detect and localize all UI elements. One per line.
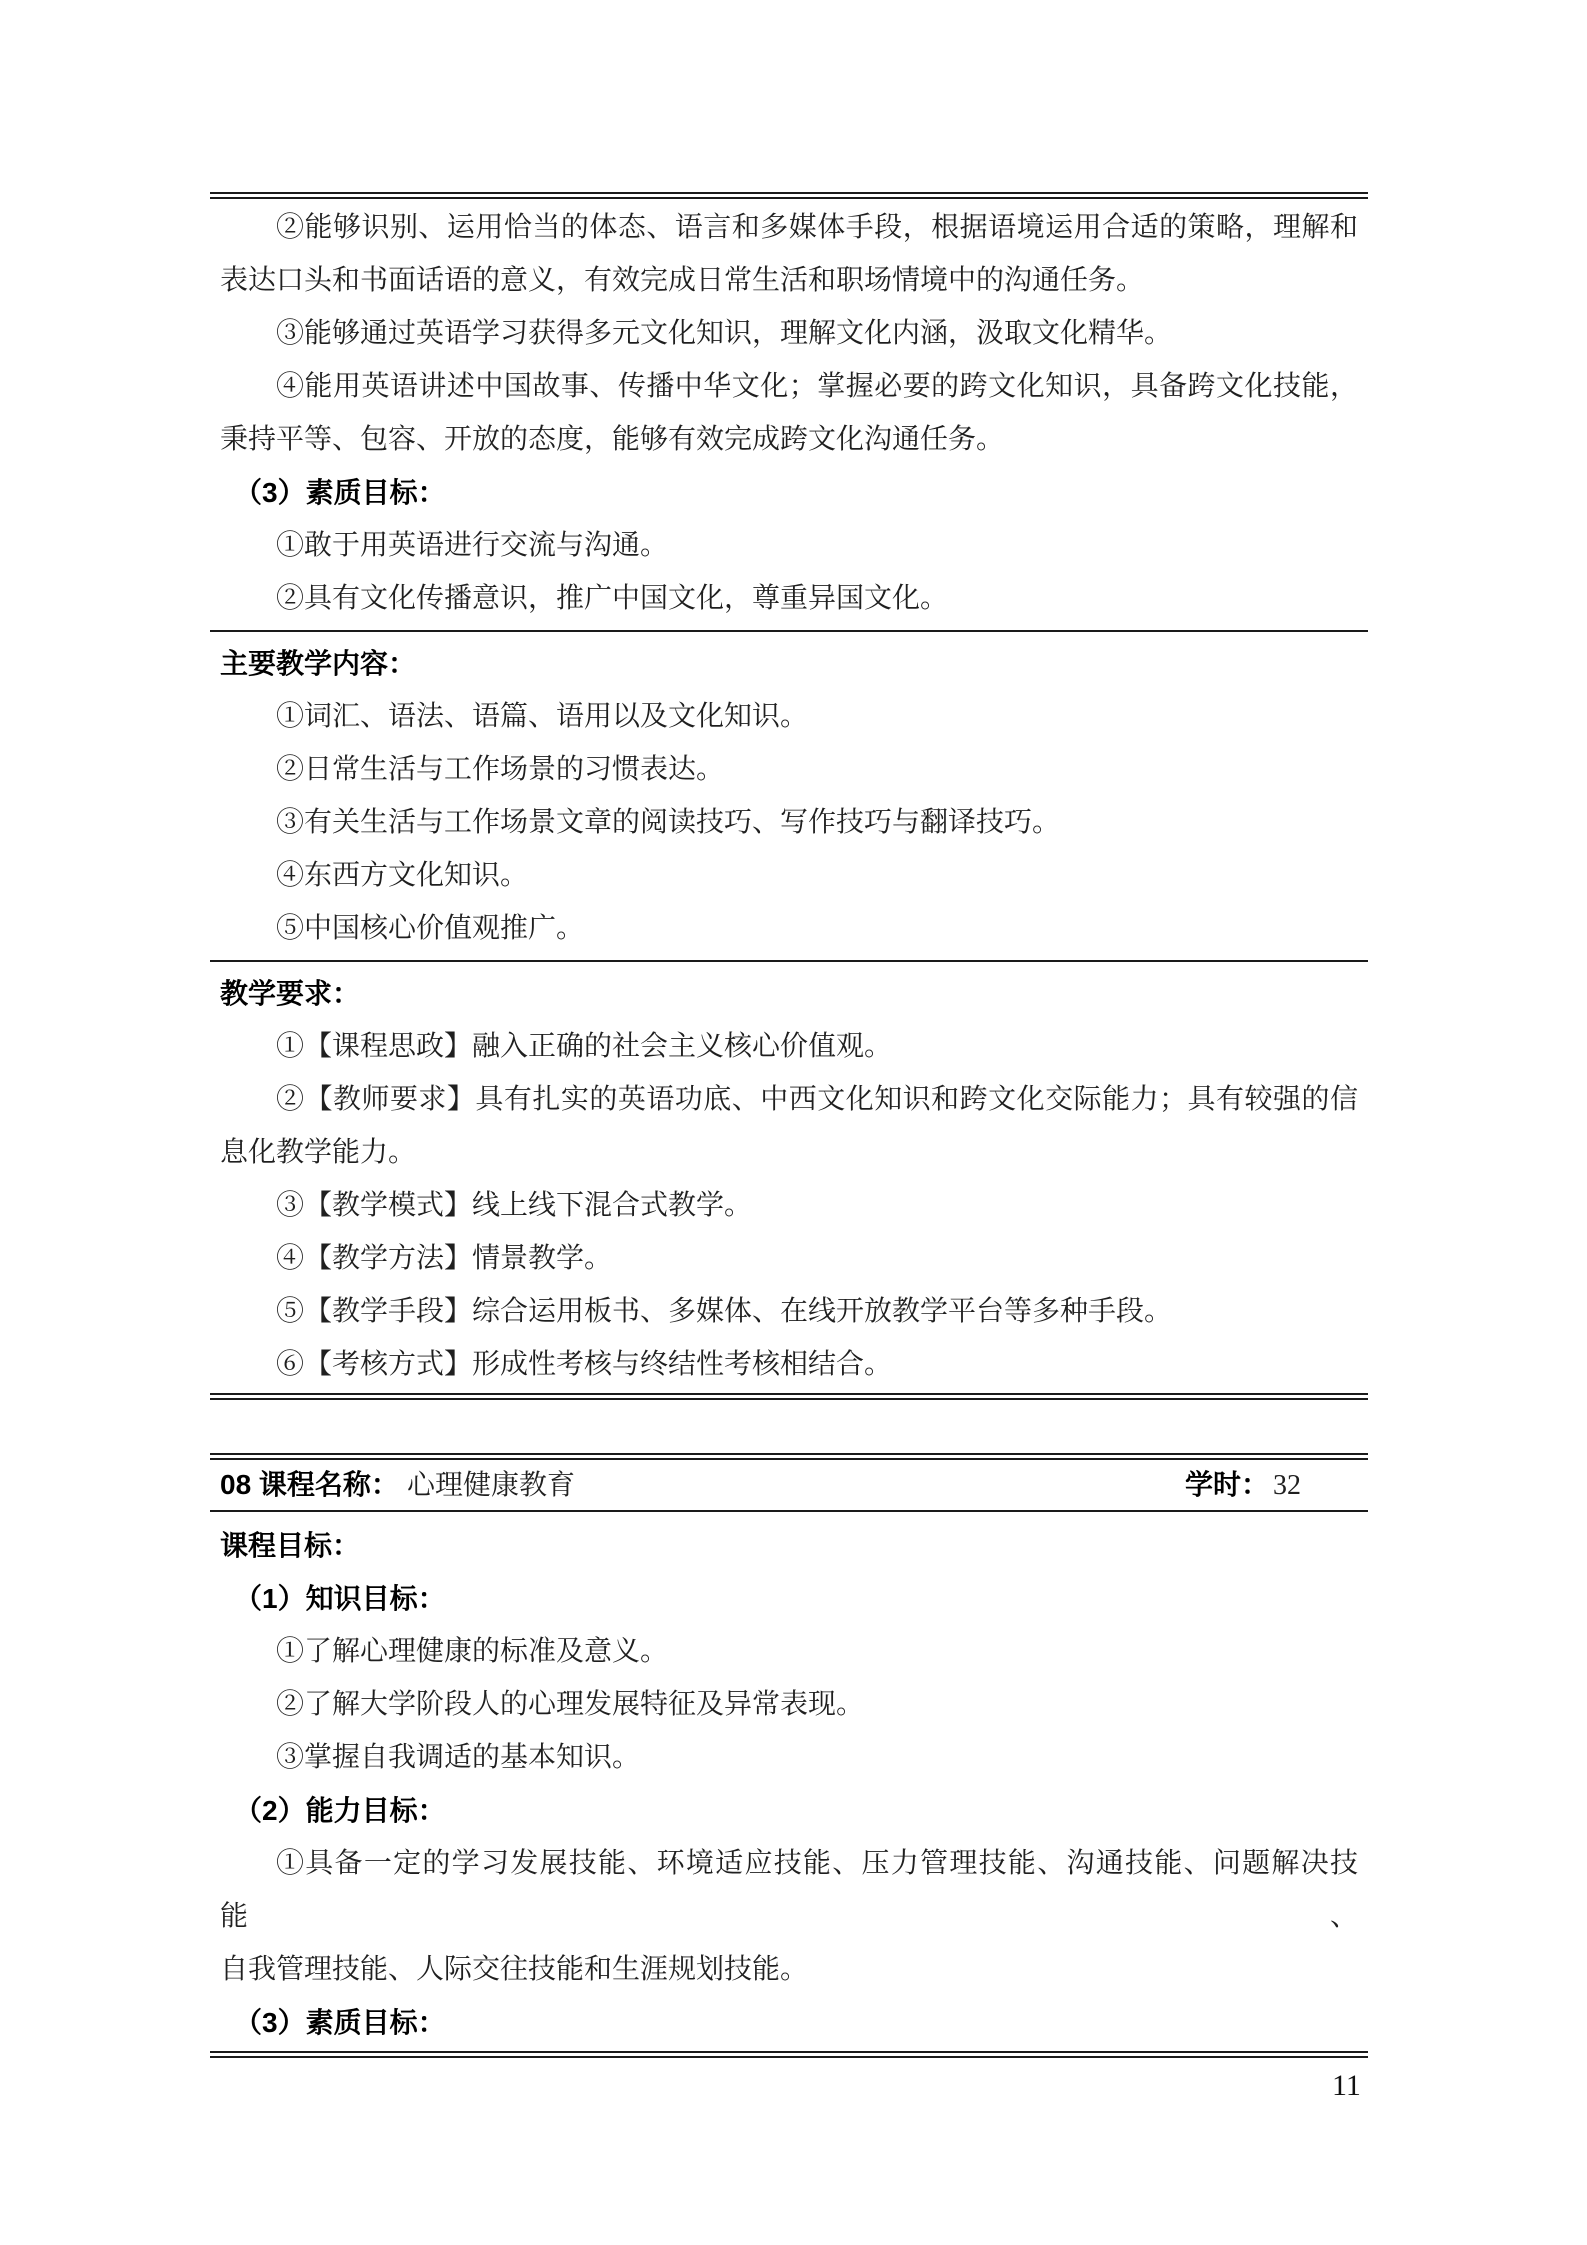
document-page: ②能够识别、运用恰当的体态、语言和多媒体手段，根据语境运用合适的策略，理解和表达… <box>0 0 1587 2245</box>
paragraph-line: ③能够通过英语学习获得多元文化知识，理解文化内涵，汲取文化精华。 <box>220 307 1358 360</box>
section-title: 教学要求： <box>220 967 1358 1020</box>
course-08-section-table: 08 课程名称：心理健康教育 学时：32 课程目标：（1）知识目标：①了解心理健… <box>210 1453 1368 2058</box>
paragraph-line: ①【课程思政】融入正确的社会主义核心价值观。 <box>220 1020 1358 1073</box>
subsection-title: （1）知识目标： <box>220 1572 1358 1625</box>
table-top-border <box>210 1453 1368 1460</box>
subsection-title: （3）素质目标： <box>220 466 1358 519</box>
hours-value: 32 <box>1273 1470 1301 1501</box>
paragraph-line: 息化教学能力。 <box>220 1126 1358 1179</box>
paragraph-line: ④东西方文化知识。 <box>220 849 1358 902</box>
section-title: 课程目标： <box>220 1519 1358 1572</box>
course-hours: 学时：32 <box>1185 1460 1301 1511</box>
course-08-content: 课程目标：（1）知识目标：①了解心理健康的标准及意义。②了解大学阶段人的心理发展… <box>210 1517 1368 2051</box>
row-divider <box>210 630 1368 632</box>
paragraph-line: ①具备一定的学习发展技能、环境适应技能、压力管理技能、沟通技能、问题解决技能、 <box>220 1837 1358 1943</box>
paragraph-line: 表达口头和书面话语的意义，有效完成日常生活和职场情境中的沟通任务。 <box>220 254 1358 307</box>
course-number-label: 08 课程名称： <box>220 1469 399 1500</box>
hours-label: 学时： <box>1185 1469 1269 1500</box>
table-top-border <box>210 192 1368 199</box>
paragraph-line: ①词汇、语法、语篇、语用以及文化知识。 <box>220 690 1358 743</box>
paragraph-line: ②日常生活与工作场景的习惯表达。 <box>220 743 1358 796</box>
section-title: 主要教学内容： <box>220 637 1358 690</box>
paragraph-line: ⑤中国核心价值观推广。 <box>220 902 1358 955</box>
paragraph-line: ①敢于用英语进行交流与沟通。 <box>220 519 1358 572</box>
paragraph-line: ④【教学方法】情景教学。 <box>220 1232 1358 1285</box>
paragraph-line: ⑥【考核方式】形成性考核与终结性考核相结合。 <box>220 1338 1358 1391</box>
course-name: 心理健康教育 <box>407 1470 575 1501</box>
table-bottom-border <box>210 2051 1368 2058</box>
paragraph-line: ③【教学模式】线上线下混合式教学。 <box>220 1179 1358 1232</box>
paragraph-line: ⑤【教学手段】综合运用板书、多媒体、在线开放教学平台等多种手段。 <box>220 1285 1358 1338</box>
paragraph-line: ②了解大学阶段人的心理发展特征及异常表现。 <box>220 1678 1358 1731</box>
paragraph-line: 秉持平等、包容、开放的态度，能够有效完成跨文化沟通任务。 <box>220 413 1358 466</box>
table-bottom-border <box>210 1393 1368 1400</box>
paragraph-line: 自我管理技能、人际交往技能和生涯规划技能。 <box>220 1943 1358 1996</box>
paragraph-line: ②【教师要求】具有扎实的英语功底、中西文化知识和跨文化交际能力；具有较强的信 <box>220 1073 1358 1126</box>
paragraph-line: ①了解心理健康的标准及意义。 <box>220 1625 1358 1678</box>
row-divider <box>210 960 1368 962</box>
paragraph-line: ②具有文化传播意识，推广中国文化，尊重异国文化。 <box>220 572 1358 625</box>
paragraph-line: ④能用英语讲述中国故事、传播中华文化；掌握必要的跨文化知识，具备跨文化技能， <box>220 360 1358 413</box>
subsection-title: （3）素质目标： <box>220 1996 1358 2049</box>
course-07-content: ②能够识别、运用恰当的体态、语言和多媒体手段，根据语境运用合适的策略，理解和表达… <box>210 199 1368 1393</box>
course-header-row: 08 课程名称：心理健康教育 学时：32 <box>210 1460 1368 1510</box>
paragraph-line: ③有关生活与工作场景文章的阅读技巧、写作技巧与翻译技巧。 <box>220 796 1358 849</box>
page-number: 11 <box>1332 2068 1361 2104</box>
paragraph-line: ②能够识别、运用恰当的体态、语言和多媒体手段，根据语境运用合适的策略，理解和 <box>220 201 1358 254</box>
subsection-title: （2）能力目标： <box>220 1784 1358 1837</box>
course-07-section-table: ②能够识别、运用恰当的体态、语言和多媒体手段，根据语境运用合适的策略，理解和表达… <box>210 192 1368 1400</box>
paragraph-line: ③掌握自我调适的基本知识。 <box>220 1731 1358 1784</box>
